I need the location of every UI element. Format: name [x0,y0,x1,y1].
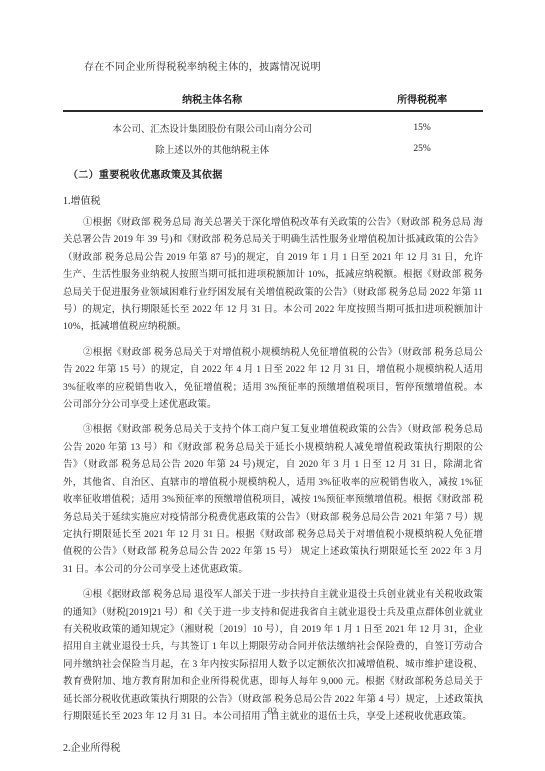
tax-rate-cell: 15% [361,111,483,138]
disclosure-note: 存在不同企业所得税税率纳税主体的，披露情况说明 [63,61,483,75]
column-header-taxpayer-name: 纳税主体名称 [63,87,361,111]
page-number: 93 [0,706,545,716]
taxpayer-name-cell: 本公司、汇杰设计集团股份有限公司山南分公司 [63,111,361,138]
paragraph-vat-policy-1: ①根据《财政部 税务总局 海关总署关于深化增值税改革有关政策的公告》（财政部 税… [63,215,483,337]
document-page: 存在不同企业所得税税率纳税主体的，披露情况说明 纳税主体名称 所得税税率 本公司… [0,0,545,771]
table-row: 本公司、汇杰设计集团股份有限公司山南分公司 15% [63,111,483,138]
table-row: 除上述以外的其他纳税主体 25% [63,138,483,159]
tax-rate-cell: 25% [361,138,483,159]
column-header-income-tax-rate: 所得税税率 [361,87,483,111]
paragraph-vat-policy-2: ②根据《财政部 税务总局关于对增值税小规模纳税人免征增值税的公告》（财政部 税务… [63,345,483,415]
subsection-heading-vat: 1.增值税 [63,192,483,207]
subsection-heading-corporate-income-tax: 2.企业所得税 [63,739,483,754]
section-heading-tax-preferential-policies: （二）重要税收优惠政策及其依据 [68,166,483,181]
document-content: 存在不同企业所得税税率纳税主体的，披露情况说明 纳税主体名称 所得税税率 本公司… [63,61,483,754]
taxpayer-name-cell: 除上述以外的其他纳税主体 [63,138,361,159]
income-tax-rate-table: 纳税主体名称 所得税税率 本公司、汇杰设计集团股份有限公司山南分公司 15% 除… [63,87,483,159]
table-header-row: 纳税主体名称 所得税税率 [63,87,483,111]
paragraph-vat-policy-3: ③根据《财政部 税务总局关于支持个体工商户复工复业增值税政策的公告》（财政部 税… [63,422,483,579]
